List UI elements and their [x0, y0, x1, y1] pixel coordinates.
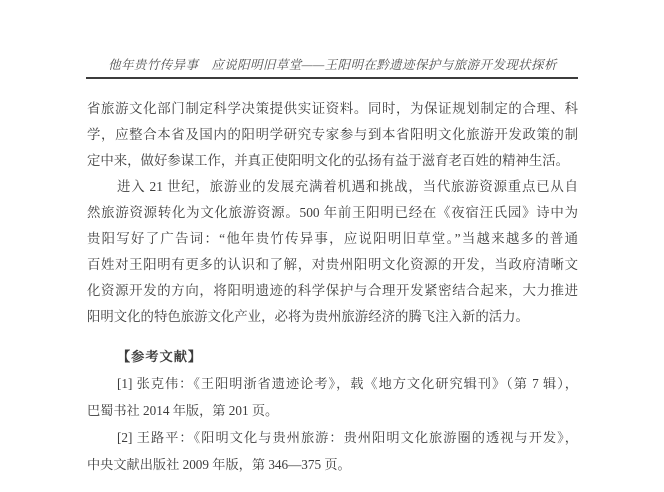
references-heading: 【参考文献】 [87, 343, 578, 370]
body-line: 贵阳写好了广告词：“他年贵竹传异事，应说阳明旧草堂。”当越来越多的普通 [87, 226, 578, 252]
document-page: 他年贵竹传异事 应说阳明旧草堂——王阳明在黔遗迹保护与旅游开发现状探析 省旅游文… [0, 0, 664, 492]
reference-line: [2] 王路平：《阳明文化与贵州旅游：贵州阳明文化旅游圈的透视与开发》， [87, 424, 578, 451]
body-line: 阳明文化的特色旅游文化产业，必将为贵州旅游经济的腾飞注入新的活力。 [87, 304, 578, 330]
body-text: 省旅游文化部门制定科学决策提供实证资料。同时，为保证规划制定的合理、科 学，应整… [87, 96, 578, 330]
body-line: 省旅游文化部门制定科学决策提供实证资料。同时，为保证规划制定的合理、科 [87, 96, 578, 122]
body-line: 百姓对王阳明有更多的认识和了解，对贵州阳明文化资源的开发，当政府清晰文 [87, 252, 578, 278]
running-header-title: 他年贵竹传异事 应说阳明旧草堂——王阳明在黔遗迹保护与旅游开发现状探析 [87, 57, 578, 73]
body-line: 化资源开发的方向，将阳明遗迹的科学保护与合理开发紧密结合起来，大力推进 [87, 278, 578, 304]
header-rule [86, 77, 578, 79]
body-line-paragraph-start: 进入 21 世纪，旅游业的发展充满着机遇和挑战，当代旅游资源重点已从自 [87, 174, 578, 200]
reference-line: 巴蜀书社 2014 年版，第 201 页。 [87, 397, 578, 424]
body-line: 学，应整合本省及国内的阳明学研究专家参与到本省阳明文化旅游开发政策的制 [87, 122, 578, 148]
body-line: 然旅游资源转化为文化旅游资源。500 年前王阳明已经在《夜宿汪氏园》诗中为 [87, 200, 578, 226]
reference-line: [1] 张克伟：《王阳明浙省遗迹论考》，载《地方文化研究辑刊》（第 7 辑）， [87, 370, 578, 397]
reference-line: 中央文献出版社 2009 年版，第 346—375 页。 [87, 451, 578, 478]
body-line: 定中来，做好参谋工作，并真正使阳明文化的弘扬有益于滋育老百姓的精神生活。 [87, 148, 578, 174]
references-section: 【参考文献】 [1] 张克伟：《王阳明浙省遗迹论考》，载《地方文化研究辑刊》（第… [87, 343, 578, 478]
